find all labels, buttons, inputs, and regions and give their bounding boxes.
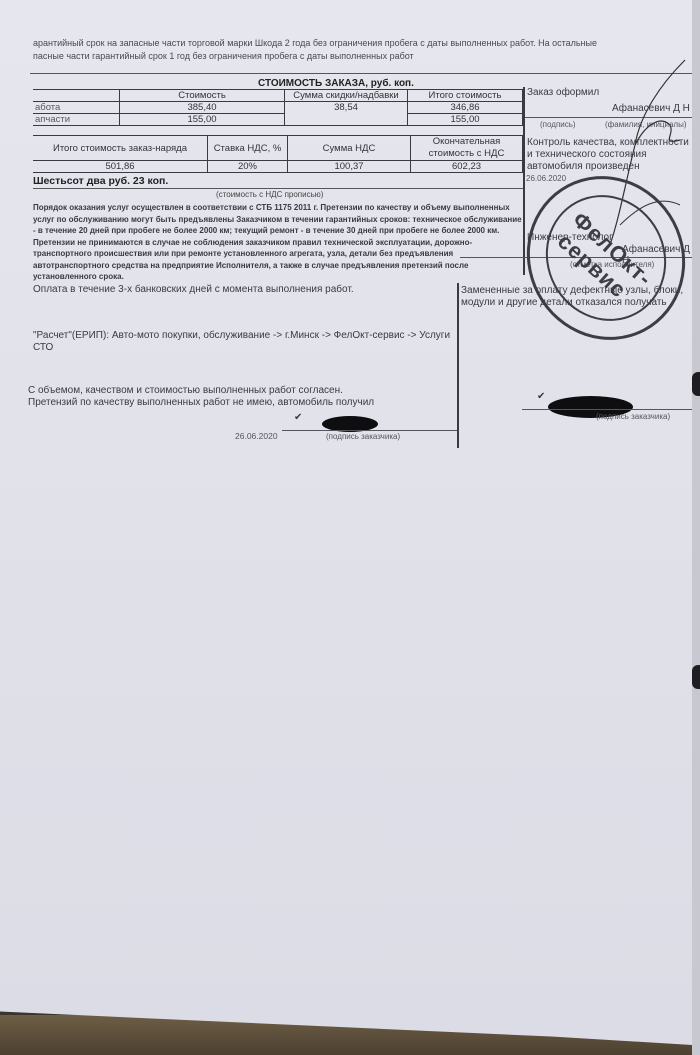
amount-in-words: Шестьсот два руб. 23 коп. <box>33 175 168 187</box>
customer-signature-caption: (подпись заказчика) <box>596 411 670 423</box>
header-cell: Сумма скидки/надбавки <box>285 90 408 102</box>
signature-caption: (подпись) <box>540 119 576 131</box>
vat-table: Итого стоимость заказ-наряда Ставка НДС,… <box>33 135 523 173</box>
vat-rate-cell: 20% <box>208 161 288 173</box>
cost-table: Стоимость Сумма скидки/надбавки Итого ст… <box>33 89 523 126</box>
table-row: апчасти 155,00 155,00 <box>33 114 523 126</box>
divider <box>30 73 695 74</box>
warranty-line-1: арантийный срок на запасные части торгов… <box>33 37 673 50</box>
row-label: апчасти <box>33 114 120 126</box>
signature-line <box>522 409 694 410</box>
agreement-line-2: Претензий по качеству выполненных работ … <box>28 397 374 408</box>
payment-note: Оплата в течение 3-х банковских дней с м… <box>33 284 354 295</box>
replaced-parts-note: Замененные за оплату дефектные узлы, бло… <box>461 285 696 309</box>
total-cell: 155,00 <box>408 114 523 126</box>
total-cell: 346,86 <box>408 102 523 114</box>
erip-note: "Расчет"(ЕРИП): Авто-мото покупки, обслу… <box>33 330 458 354</box>
terms-text: Порядок оказания услуг осуществлен в соо… <box>33 202 523 283</box>
document-page: арантийный срок на запасные части торгов… <box>0 0 692 1045</box>
row-label: абота <box>33 102 120 114</box>
binder-clip <box>692 665 700 689</box>
header-cell: Ставка НДС, % <box>208 136 288 161</box>
table-row: абота 385,40 38,54 346,86 <box>33 102 523 114</box>
warranty-line-2: пасные части гарантийный срок 1 год без … <box>33 50 673 63</box>
binder-clip <box>692 372 700 396</box>
divider <box>33 188 523 189</box>
quality-control-date: 26.06.2020 <box>526 173 566 185</box>
header-cell: Сумма НДС <box>288 136 411 161</box>
final-total-cell: 602,23 <box>411 161 523 173</box>
customer-signature-caption: (подпись заказчика) <box>326 431 400 443</box>
agreement-date: 26.06.2020 <box>235 430 278 442</box>
warranty-text: арантийный срок на запасные части торгов… <box>33 37 673 63</box>
cost-cell: 385,40 <box>120 102 285 114</box>
discount-cell: 38,54 <box>285 102 408 126</box>
page-edge <box>692 0 700 1055</box>
amount-in-words-caption: (стоимость с НДС прописью) <box>216 190 323 199</box>
vat-table-header: Итого стоимость заказ-наряда Ставка НДС,… <box>33 136 523 161</box>
header-cell: Итого стоимость заказ-наряда <box>33 136 208 161</box>
column-divider <box>457 283 459 448</box>
vat-sum-cell: 100,37 <box>288 161 411 173</box>
checkmark-icon: ✔ <box>537 391 545 402</box>
column-divider <box>523 87 525 275</box>
header-cell: Окончательная стоимость с НДС <box>411 136 523 161</box>
cost-cell: 155,00 <box>120 114 285 126</box>
header-cell: Стоимость <box>120 90 285 102</box>
agreement-line-1: С объемом, качеством и стоимостью выполн… <box>28 385 343 396</box>
header-cell: Итого стоимость <box>408 90 523 102</box>
order-issued-label: Заказ оформил <box>527 87 599 98</box>
cost-table-title: СТОИМОСТЬ ЗАКАЗА, руб. коп. <box>258 78 414 89</box>
subtotal-cell: 501,86 <box>33 161 208 173</box>
cost-table-header: Стоимость Сумма скидки/надбавки Итого ст… <box>33 90 523 102</box>
header-cell <box>33 90 120 102</box>
table-row: 501,86 20% 100,37 602,23 <box>33 161 523 173</box>
checkmark-icon: ✔ <box>294 412 302 423</box>
